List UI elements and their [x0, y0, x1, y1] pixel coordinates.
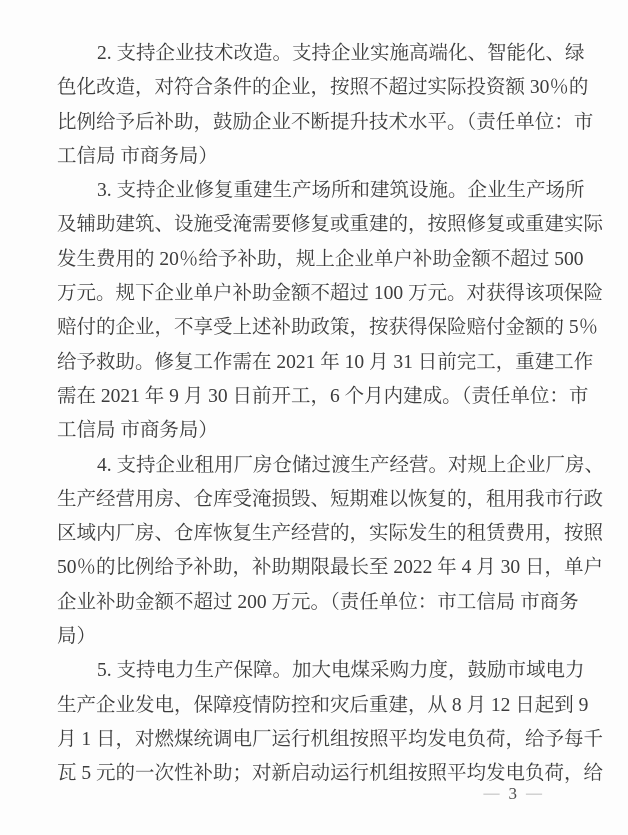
paragraph-3: 4. 支持企业租用厂房仓储过渡生产经营。对规上企业厂房、生产经营用房、仓库受淹损…: [57, 449, 568, 655]
text-line: 生产企业发电，保障疫情防控和灾后重建，从 8 月 12 日起到 9: [57, 689, 568, 723]
text-line: 5. 支持电力生产保障。加大电煤采购力度，鼓励市域电力: [57, 654, 568, 688]
text-line: 区域内厂房、仓库恢复生产经营的，实际发生的租赁费用，按照: [57, 517, 568, 551]
footer-right-dash: —: [526, 784, 542, 804]
text-line: 给予救助。修复工作需在 2021 年 10 月 31 日前完工，重建工作: [57, 346, 568, 380]
text-line: 万元。规下企业单户补助金额不超过 100 万元。对获得该项保险: [57, 277, 568, 311]
paragraph-4: 5. 支持电力生产保障。加大电煤采购力度，鼓励市域电力生产企业发电，保障疫情防控…: [57, 654, 568, 791]
paragraph-2: 3. 支持企业修复重建生产场所和建筑设施。企业生产场所及辅助建筑、设施受淹需要修…: [57, 174, 568, 448]
text-line: 局）: [57, 620, 568, 654]
text-line: 比例给予后补助，鼓励企业不断提升技术水平。（责任单位：市: [57, 106, 568, 140]
page-number: 3: [500, 784, 527, 804]
text-line: 企业补助金额不超过 200 万元。（责任单位：市工信局 市商务: [57, 586, 568, 620]
text-line: 工信局 市商务局）: [57, 414, 568, 448]
document-body: 2. 支持企业技术改造。支持企业实施高端化、智能化、绿色化改造，对符合条件的企业…: [57, 37, 568, 792]
paragraph-1: 2. 支持企业技术改造。支持企业实施高端化、智能化、绿色化改造，对符合条件的企业…: [57, 37, 568, 174]
text-line: 及辅助建筑、设施受淹需要修复或重建的，按照修复或重建实际: [57, 208, 568, 242]
text-line: 50％的比例给予补助，补助期限最长至 2022 年 4 月 30 日，单户: [57, 551, 568, 585]
text-line: 4. 支持企业租用厂房仓储过渡生产经营。对规上企业厂房、: [57, 449, 568, 483]
text-line: 月 1 日，对燃煤统调电厂运行机组按照平均发电负荷，给予每千: [57, 723, 568, 757]
text-line: 2. 支持企业技术改造。支持企业实施高端化、智能化、绿: [57, 37, 568, 71]
text-line: 3. 支持企业修复重建生产场所和建筑设施。企业生产场所: [57, 174, 568, 208]
page-footer: — 3 —: [484, 784, 543, 804]
text-line: 赔付的企业，不享受上述补助政策，按获得保险赔付金额的 5％: [57, 311, 568, 345]
text-line: 需在 2021 年 9 月 30 日前开工，6 个月内建成。（责任单位：市: [57, 380, 568, 414]
text-line: 生产经营用房、仓库受淹损毁、短期难以恢复的，租用我市行政: [57, 483, 568, 517]
text-line: 工信局 市商务局）: [57, 140, 568, 174]
footer-left-dash: —: [484, 784, 500, 804]
document-page: 2. 支持企业技术改造。支持企业实施高端化、智能化、绿色化改造，对符合条件的企业…: [0, 0, 628, 835]
text-line: 色化改造，对符合条件的企业，按照不超过实际投资额 30％的: [57, 71, 568, 105]
text-line: 发生费用的 20％给予补助，规上企业单户补助金额不超过 500: [57, 243, 568, 277]
